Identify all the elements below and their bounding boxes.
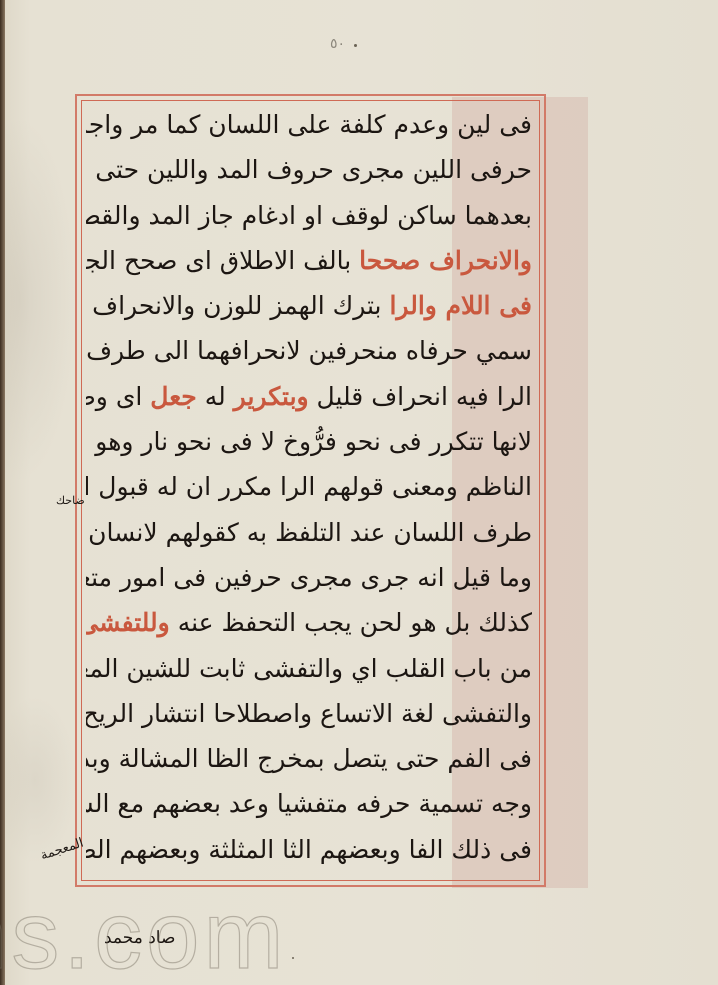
text-line: لانها تتكرر فى نحو فرُّوخ لا فى نحو نار … [86,422,532,462]
text-line: فى الفم حتى يتصل بمخرج الظا المشالة وبذل… [86,739,532,779]
text-line: فى ذلك الفا وبعضهم الثا المثلثة وبعضهم ا… [86,830,532,870]
ink-dot [292,957,294,959]
line-text: كذلك بل هو لحن يجب التحفظ عنه [170,608,532,637]
watermark: ns.com [0,888,287,984]
line-text: والتفشى لغة الاتساع واصطلاحا انتشار الري… [86,699,532,728]
rubric-text: جعل [150,382,196,411]
line-text: اى وصف [86,382,150,411]
rubric-text: فى اللام والرا [389,291,532,320]
line-text: بالف الاطلاق اى صحح الجمهور ثبوته [86,246,359,275]
line-text: وجه تسمية حرفه متفشيا وعد بعضهم مع الشين [86,789,532,818]
line-text: فى ذلك الفا وبعضهم الثا المثلثة وبعضهم ا… [86,835,532,864]
text-line: والتفشى لغة الاتساع واصطلاحا انتشار الري… [86,694,532,734]
line-text: فى لين وعدم كلفة على اللسان كما مر واجري… [86,110,532,139]
line-text: طرف اللسان عند التلفظ به كقولهم لانسان غ… [86,518,532,547]
line-text: فى الفم حتى يتصل بمخرج الظا المشالة وبذل… [86,744,532,773]
text-line: كذلك بل هو لحن يجب التحفظ عنه وللتفشى ال… [86,603,532,643]
text-line: بعدهما ساكن لوقف او ادغام جاز المد والقص… [86,196,532,236]
binding-edge [0,0,5,985]
ink-dot [354,44,357,47]
text-line: طرف اللسان عند التلفظ به كقولهم لانسان غ… [86,513,532,553]
text-line: وما قيل انه جرى مجرى حرفين فى امور متعدد… [86,558,532,598]
text-line: فى لين وعدم كلفة على اللسان كما مر واجري… [86,105,532,145]
rubric-text: وللتفشى الشين [86,608,170,637]
line-text: بعدهما ساكن لوقف او ادغام جاز المد والقص… [86,201,532,230]
text-line: سمي حرفاه منحرفين لانحرافهما الى طرف الل… [86,331,532,371]
line-text: الرا فيه انحراف قليل [309,382,532,411]
line-text: وما قيل انه جرى مجرى حرفين فى امور متعدد… [86,563,532,592]
rubric-text: وبتكرير [234,382,309,411]
line-text: لانها تتكرر فى نحو فرُّوخ لا فى نحو نار … [86,427,532,456]
line-text: الناظم ومعنى قولهم الرا مكرر ان له قبول … [86,472,532,501]
rubric-text: والانحراف صححا [359,246,532,275]
text-line: حرفى اللين مجرى حروف المد واللين حتى اذا… [86,150,532,190]
line-text: من باب القلب اي والتفشى ثابت للشين المعج… [86,654,532,683]
folio-number: ٥٠ [330,36,345,52]
line-text: حرفى اللين مجرى حروف المد واللين حتى اذا… [86,155,532,184]
line-text: له [197,382,234,411]
text-line: وجه تسمية حرفه متفشيا وعد بعضهم مع الشين [86,784,532,824]
text-line: الناظم ومعنى قولهم الرا مكرر ان له قبول … [86,467,532,507]
text-line: فى اللام والرا بترك الهمز للوزن والانحرا… [86,286,532,326]
text-block: فى لين وعدم كلفة على اللسان كما مر واجري… [86,105,532,875]
text-line: الرا فيه انحراف قليل وبتكرير له جعل اى و… [86,377,532,417]
margin-correction: ضاحك [56,494,85,507]
line-text: سمي حرفاه منحرفين لانحرافهما الى طرف الل… [86,336,532,365]
text-line: والانحراف صححا بالف الاطلاق اى صحح الجمه… [86,241,532,281]
line-text: بترك الهمز للوزن والانحراف لغة الميل [86,291,389,320]
text-line: من باب القلب اي والتفشى ثابت للشين المعج… [86,649,532,689]
